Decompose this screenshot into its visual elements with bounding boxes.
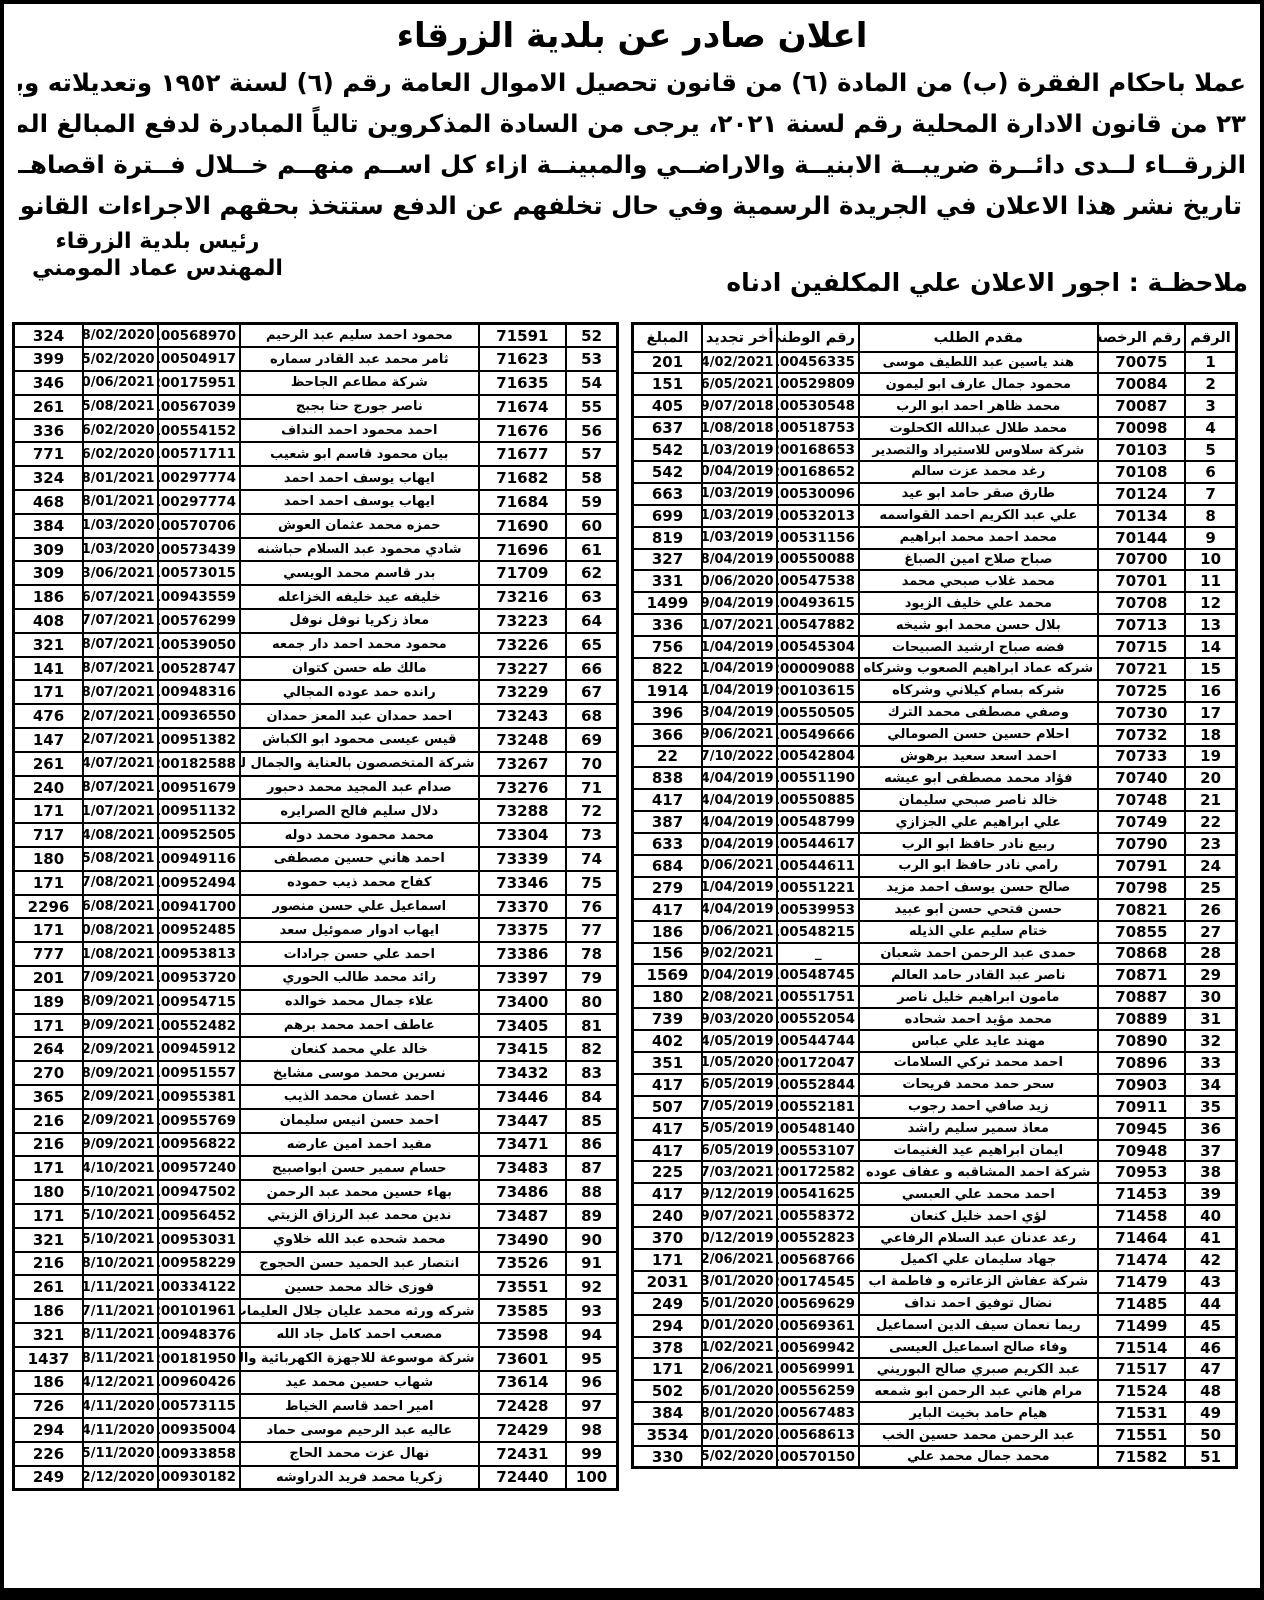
national-establishment-id: 100571711 bbox=[158, 442, 240, 466]
last-renewal-date: 12/07/2021 bbox=[83, 704, 159, 728]
license-number: 73339 bbox=[479, 847, 567, 871]
last-renewal-date: 22/09/2021 bbox=[83, 1085, 159, 1109]
applicant-name: محمد علي خليف الزيود bbox=[859, 592, 1098, 614]
last-renewal-date: 08/02/2020 bbox=[83, 324, 159, 348]
license-number: 70732 bbox=[1098, 724, 1186, 746]
amount: 309 bbox=[14, 561, 83, 585]
license-number: 72429 bbox=[479, 1418, 567, 1442]
table-row: 1770730وصفي مصطفى محمد الترك10055050513/… bbox=[633, 702, 1237, 724]
signature-title: رئيس بلدية الزرقاء bbox=[32, 228, 283, 255]
applicant-name: محمد شحده عبد الله خلاوي bbox=[240, 1228, 479, 1252]
national-establishment-id: 100573015 bbox=[158, 561, 240, 585]
row-number: 16 bbox=[1185, 680, 1236, 702]
last-renewal-date: 05/10/2021 bbox=[83, 1228, 159, 1252]
applicant-name: احمد محمد علي العبسي bbox=[859, 1183, 1098, 1205]
amount: 684 bbox=[633, 855, 702, 877]
header-applicant: مقدم الطلب bbox=[859, 324, 1098, 352]
last-renewal-date: 29/09/2021 bbox=[83, 1133, 159, 1157]
table-row: 3770948ايمان ابراهيم عيد الغنيمات1005531… bbox=[633, 1140, 1237, 1162]
license-number: 70144 bbox=[1098, 527, 1186, 549]
last-renewal-date: 08/07/2021 bbox=[83, 633, 159, 657]
national-establishment-id: 100949116 bbox=[158, 847, 240, 871]
table-row: 7873386احمد علي حسن جرادات10095381331/08… bbox=[14, 942, 618, 966]
header-license: رقم الرخصة bbox=[1098, 324, 1186, 352]
amount: 321 bbox=[14, 633, 83, 657]
amount: 637 bbox=[633, 417, 702, 439]
national-establishment-id: 100551221 bbox=[777, 877, 859, 899]
row-number: 75 bbox=[566, 871, 617, 895]
national-establishment-id: 100941700 bbox=[158, 895, 240, 919]
license-number: 71474 bbox=[1098, 1249, 1186, 1271]
row-number: 13 bbox=[1185, 614, 1236, 636]
last-renewal-date: 22/06/2021 bbox=[702, 1249, 778, 1271]
row-number: 55 bbox=[566, 395, 617, 419]
amount: 294 bbox=[14, 1418, 83, 1442]
row-number: 35 bbox=[1185, 1096, 1236, 1118]
amount: 633 bbox=[633, 833, 702, 855]
applicant-name: خالد علي محمد كنعان bbox=[240, 1037, 479, 1061]
applicant-name: ندين محمد عبد الرزاق الزيتي bbox=[240, 1204, 479, 1228]
applicant-name: خليفه عيد خليفه الخزاعله bbox=[240, 585, 479, 609]
row-number: 43 bbox=[1185, 1271, 1236, 1293]
license-number: 70715 bbox=[1098, 636, 1186, 658]
applicant-name: شهاب حسين محمد عيد bbox=[240, 1371, 479, 1395]
row-number: 2 bbox=[1185, 373, 1236, 395]
row-number: 57 bbox=[566, 442, 617, 466]
national-establishment-id: 100539050 bbox=[158, 633, 240, 657]
applicant-name: رائد محمد طالب الحوري bbox=[240, 966, 479, 990]
applicant-name: علي ابراهيم علي الجزازي bbox=[859, 811, 1098, 833]
table-row: 5571674ناصر جورج حنا بجبج10056703905/08/… bbox=[14, 395, 618, 419]
national-establishment-id: 100960426 bbox=[158, 1371, 240, 1395]
applicant-name: دلال سليم فالح الصرايره bbox=[240, 799, 479, 823]
row-number: 1 bbox=[1185, 352, 1236, 374]
last-renewal-date: 28/11/2021 bbox=[83, 1347, 159, 1371]
row-number: 100 bbox=[566, 1466, 617, 1490]
national-establishment-id: 200168652 bbox=[777, 461, 859, 483]
license-number: 73601 bbox=[479, 1347, 567, 1371]
amount: 756 bbox=[633, 636, 702, 658]
table-row: 6673227مالك طه حسن كتوان10052874708/07/2… bbox=[14, 657, 618, 681]
license-number: 73386 bbox=[479, 942, 567, 966]
table-row: 6373216خليفه عيد خليفه الخزاعله100943559… bbox=[14, 585, 618, 609]
license-number: 73471 bbox=[479, 1133, 567, 1157]
amount: 309 bbox=[14, 538, 83, 562]
table-row: 5671676احمد محمود احمد النداف10055415226… bbox=[14, 419, 618, 443]
table-row: 2270749علي ابراهيم علي الجزازي1005487991… bbox=[633, 811, 1237, 833]
row-number: 60 bbox=[566, 514, 617, 538]
applicant-name: عاليه عبد الرحيم موسى حماد bbox=[240, 1418, 479, 1442]
last-renewal-date: 09/04/2019 bbox=[702, 592, 778, 614]
row-number: 42 bbox=[1185, 1249, 1236, 1271]
amount: 216 bbox=[14, 1252, 83, 1276]
row-number: 39 bbox=[1185, 1183, 1236, 1205]
row-number: 48 bbox=[1185, 1380, 1236, 1402]
amount: 417 bbox=[633, 1118, 702, 1140]
national-establishment-id: 100569361 bbox=[777, 1315, 859, 1337]
applicant-name: احمد اسعد سعيد برهوش bbox=[859, 746, 1098, 768]
amount: 171 bbox=[14, 871, 83, 895]
last-renewal-date: 26/05/2021 bbox=[702, 373, 778, 395]
table-row: 8673471مفيد احمد امين عارضه10095682229/0… bbox=[14, 1133, 618, 1157]
amount: 186 bbox=[633, 921, 702, 943]
applicant-name: حسام سمير حسن ابواصبيح bbox=[240, 1156, 479, 1180]
amount: 264 bbox=[14, 1037, 83, 1061]
taxpayers-table-52-100: 5271591محمود احمد سليم عبد الرحيم1005689… bbox=[12, 322, 619, 1491]
table-row: 8473446احمد غسان محمد الذيب10095538122/0… bbox=[14, 1085, 618, 1109]
table-row: 5371623ثامر محمد عبد القادر سماره1005049… bbox=[14, 347, 618, 371]
applicant-name: ايهاب يوسف احمد احمد bbox=[240, 466, 479, 490]
national-establishment-id: 200174545 bbox=[777, 1271, 859, 1293]
row-number: 56 bbox=[566, 419, 617, 443]
amount: 171 bbox=[14, 1204, 83, 1228]
amount: 270 bbox=[14, 1061, 83, 1085]
license-number: 71623 bbox=[479, 347, 567, 371]
table-row: 8373432نسرين محمد موسى مشايخ10095155718/… bbox=[14, 1061, 618, 1085]
amount: 3534 bbox=[633, 1424, 702, 1446]
body-line-1: عملا باحكام الفقرة (ب) من المادة (٦) من … bbox=[18, 62, 1246, 103]
row-number: 18 bbox=[1185, 724, 1236, 746]
row-number: 89 bbox=[566, 1204, 617, 1228]
license-number: 73216 bbox=[479, 585, 567, 609]
national-establishment-id: _ bbox=[777, 943, 859, 965]
applicant-name: شركة موسوعة للاجهزة الكهربائية والم bbox=[240, 1347, 479, 1371]
table-row: 4771517عبد الكريم صبري صالح البوريني1005… bbox=[633, 1358, 1237, 1380]
amount: 717 bbox=[14, 823, 83, 847]
national-establishment-id: 100958229 bbox=[158, 1252, 240, 1276]
national-establishment-id: 100952485 bbox=[158, 918, 240, 942]
amount: 822 bbox=[633, 658, 702, 680]
table-row: 970144محمد احمد محمد ابراهيم10053115611/… bbox=[633, 527, 1237, 549]
amount: 186 bbox=[14, 1371, 83, 1395]
applicant-name: بلال حسن محمد ابو شيخه bbox=[859, 614, 1098, 636]
last-renewal-date: 26/01/2020 bbox=[702, 1380, 778, 1402]
table-row: 2670821حسن فتحي حسن ابو عبيد10053995324/… bbox=[633, 899, 1237, 921]
row-number: 73 bbox=[566, 823, 617, 847]
last-renewal-date: 22/06/2021 bbox=[702, 1358, 778, 1380]
row-number: 83 bbox=[566, 1061, 617, 1085]
national-establishment-id: 100558372 bbox=[777, 1205, 859, 1227]
amount: 819 bbox=[633, 527, 702, 549]
license-number: 73243 bbox=[479, 704, 567, 728]
applicant-name: محمد مؤيد احمد شحاده bbox=[859, 1008, 1098, 1030]
table-row: 2370790ربيع نادر حافظ ابو الرب1005446172… bbox=[633, 833, 1237, 855]
header-last-renewal: أخر تجديد bbox=[702, 324, 778, 352]
table-row: 2470791رامي نادر حافظ ابو الرب1005446113… bbox=[633, 855, 1237, 877]
table-row: 5171582محمد جمال محمد علي10057015005/02/… bbox=[633, 1446, 1237, 1468]
row-number: 17 bbox=[1185, 702, 1236, 724]
amount: 324 bbox=[14, 324, 83, 348]
taxpayers-table-1-51: الرقم رقم الرخصة مقدم الطلب رقم الوطني ل… bbox=[631, 322, 1238, 1469]
table-row: 10072440زكريا محمد فريد الدراوشه10093018… bbox=[14, 1466, 618, 1490]
last-renewal-date: 31/03/2019 bbox=[702, 505, 778, 527]
row-number: 63 bbox=[566, 585, 617, 609]
last-renewal-date: 25/11/2020 bbox=[83, 1442, 159, 1466]
amount: 402 bbox=[633, 1030, 702, 1052]
last-renewal-date: 21/03/2019 bbox=[702, 439, 778, 461]
row-number: 65 bbox=[566, 633, 617, 657]
applicant-name: شركه بسام كيلاني وشركاه bbox=[859, 680, 1098, 702]
applicant-name: نسرين محمد موسى مشايخ bbox=[240, 1061, 479, 1085]
last-renewal-date: 24/02/2021 bbox=[702, 352, 778, 374]
national-establishment-id: 100531156 bbox=[777, 527, 859, 549]
national-establishment-id: 100951557 bbox=[158, 1061, 240, 1085]
row-number: 71 bbox=[566, 776, 617, 800]
table-row: 3170889محمد مؤيد احمد شحاده10055205409/0… bbox=[633, 1008, 1237, 1030]
row-number: 90 bbox=[566, 1228, 617, 1252]
table-row: 4371479شركة عفاش الزعاتره و فاطمة اب2001… bbox=[633, 1271, 1237, 1293]
table-row: 2070740فؤاد محمد مصطفى ابو عيشه100551190… bbox=[633, 767, 1237, 789]
license-number: 70791 bbox=[1098, 855, 1186, 877]
row-number: 67 bbox=[566, 680, 617, 704]
table-row: 8573447احمد حسن انيس سليمان10095576922/0… bbox=[14, 1109, 618, 1133]
signature-name: المهندس عماد المومني bbox=[32, 255, 283, 282]
applicant-name: اسماعيل علي حسن منصور bbox=[240, 895, 479, 919]
amount: 346 bbox=[14, 371, 83, 395]
license-number: 71582 bbox=[1098, 1446, 1186, 1468]
last-renewal-date: 05/10/2021 bbox=[83, 1204, 159, 1228]
license-number: 70948 bbox=[1098, 1140, 1186, 1162]
national-establishment-id: 100530548 bbox=[777, 395, 859, 417]
table-row: 2170748خالد ناصر صبحي سليمان10055088514/… bbox=[633, 789, 1237, 811]
last-renewal-date: 30/06/2021 bbox=[83, 371, 159, 395]
national-establishment-id: 100552844 bbox=[777, 1074, 859, 1096]
license-number: 70889 bbox=[1098, 1008, 1186, 1030]
license-number: 70890 bbox=[1098, 1030, 1186, 1052]
license-number: 70134 bbox=[1098, 505, 1186, 527]
row-number: 61 bbox=[566, 538, 617, 562]
last-renewal-date: 17/11/2021 bbox=[83, 1299, 159, 1323]
license-number: 73526 bbox=[479, 1252, 567, 1276]
national-establishment-id: 100953720 bbox=[158, 966, 240, 990]
national-establishment-id: 100954715 bbox=[158, 990, 240, 1014]
last-renewal-date: 12/08/2021 bbox=[702, 986, 778, 1008]
row-number: 22 bbox=[1185, 811, 1236, 833]
applicant-name: فضه صباح ارشيد الصبيحات bbox=[859, 636, 1098, 658]
applicant-name: مرام هاني عبد الرحمن ابو شمعه bbox=[859, 1380, 1098, 1402]
amount: 171 bbox=[14, 680, 83, 704]
national-establishment-id: 100570150 bbox=[777, 1446, 859, 1468]
last-renewal-date: 28/11/2021 bbox=[83, 1323, 159, 1347]
table-row: 7573346كفاح محمد ذيب حموده10095249417/08… bbox=[14, 871, 618, 895]
amount: 365 bbox=[14, 1085, 83, 1109]
national-establishment-id: 100935004 bbox=[158, 1418, 240, 1442]
row-number: 32 bbox=[1185, 1030, 1236, 1052]
national-establishment-id: 100953813 bbox=[158, 942, 240, 966]
applicant-name: صالح حسن يوسف احمد مزيد bbox=[859, 877, 1098, 899]
amount: 261 bbox=[14, 395, 83, 419]
national-establishment-id: 100551751 bbox=[777, 986, 859, 1008]
license-number: 71517 bbox=[1098, 1358, 1186, 1380]
license-number: 73585 bbox=[479, 1299, 567, 1323]
national-establishment-id: 100504917 bbox=[158, 347, 240, 371]
license-number: 71458 bbox=[1098, 1205, 1186, 1227]
applicant-name: احمد هاني حسين مصطفى bbox=[240, 847, 479, 871]
table-row: 3470903سحر حمد محمد فريحات10055284406/05… bbox=[633, 1074, 1237, 1096]
applicant-name: صدام عبد المجيد محمد دحبور bbox=[240, 776, 479, 800]
applicant-name: رغد محمد عزت سالم bbox=[859, 461, 1098, 483]
last-renewal-date: 22/09/2021 bbox=[83, 1109, 159, 1133]
page-title: اعلان صادر عن بلدية الزرقاء bbox=[4, 16, 1260, 56]
last-renewal-date: 02/12/2020 bbox=[83, 1466, 159, 1490]
amount: 321 bbox=[14, 1228, 83, 1252]
row-number: 21 bbox=[1185, 789, 1236, 811]
applicant-name: رامي نادر حافظ ابو الرب bbox=[859, 855, 1098, 877]
table-row: 1970733احمد اسعد سعيد برهوش10054280417/1… bbox=[633, 746, 1237, 768]
applicant-name: عبد الكريم صبري صالح البوريني bbox=[859, 1358, 1098, 1380]
license-number: 70798 bbox=[1098, 877, 1186, 899]
license-number: 73267 bbox=[479, 752, 567, 776]
license-number: 73483 bbox=[479, 1156, 567, 1180]
last-renewal-date: 31/08/2021 bbox=[83, 942, 159, 966]
national-establishment-id: 200175951 bbox=[158, 371, 240, 395]
amount: 141 bbox=[14, 657, 83, 681]
last-renewal-date: 01/03/2020 bbox=[83, 538, 159, 562]
last-renewal-date: 15/05/2019 bbox=[702, 1118, 778, 1140]
applicant-name: احمد غسان محمد الذيب bbox=[240, 1085, 479, 1109]
license-number: 71690 bbox=[479, 514, 567, 538]
table-row: 9972431نهال عزت محمد الحاج10093385825/11… bbox=[14, 1442, 618, 1466]
row-number: 41 bbox=[1185, 1227, 1236, 1249]
row-number: 8 bbox=[1185, 505, 1236, 527]
applicant-name: شركة المتخصصون بالعناية والجمال لتج bbox=[240, 752, 479, 776]
license-number: 70725 bbox=[1098, 680, 1186, 702]
national-establishment-id: 100955769 bbox=[158, 1109, 240, 1133]
amount: 151 bbox=[633, 373, 702, 395]
table-row: 4571499ريما نعمان سيف الدين اسماعيل10056… bbox=[633, 1315, 1237, 1337]
national-establishment-id: 100528747 bbox=[158, 657, 240, 681]
amount: 201 bbox=[633, 352, 702, 374]
applicant-name: حمدى عبد الرحمن احمد شعبان bbox=[859, 943, 1098, 965]
amount: 417 bbox=[633, 789, 702, 811]
row-number: 36 bbox=[1185, 1118, 1236, 1140]
license-number: 71485 bbox=[1098, 1293, 1186, 1315]
applicant-name: قيس عيسى محمود ابو الكباش bbox=[240, 728, 479, 752]
last-renewal-date: 28/01/2021 bbox=[83, 466, 159, 490]
license-number: 73551 bbox=[479, 1275, 567, 1299]
applicant-name: مصعب احمد كامل جاد الله bbox=[240, 1323, 479, 1347]
amount: 225 bbox=[633, 1161, 702, 1183]
national-establishment-id: 100943559 bbox=[158, 585, 240, 609]
applicant-name: خالد ناصر صبحي سليمان bbox=[859, 789, 1098, 811]
last-renewal-date: 14/12/2021 bbox=[83, 1371, 159, 1395]
national-establishment-id: 100539953 bbox=[777, 899, 859, 921]
license-number: 73486 bbox=[479, 1180, 567, 1204]
applicant-name: سحر حمد محمد فريحات bbox=[859, 1074, 1098, 1096]
last-renewal-date: 24/11/2020 bbox=[83, 1418, 159, 1442]
table-row: 1670725شركه بسام كيلاني وشركاه2001036151… bbox=[633, 680, 1237, 702]
applicant-name: زكريا محمد فريد الدراوشه bbox=[240, 1466, 479, 1490]
row-number: 10 bbox=[1185, 549, 1236, 571]
row-number: 94 bbox=[566, 1323, 617, 1347]
amount: 1437 bbox=[14, 1347, 83, 1371]
national-establishment-id: 100955381 bbox=[158, 1085, 240, 1109]
applicant-name: حمزه محمد عثمان العوش bbox=[240, 514, 479, 538]
applicant-name: ايهاب ادوار صموئيل سعد bbox=[240, 918, 479, 942]
applicant-name: بيان محمود قاسم ابو شعيب bbox=[240, 442, 479, 466]
national-establishment-id: 100334122 bbox=[158, 1275, 240, 1299]
license-number: 73397 bbox=[479, 966, 567, 990]
table-row: 1470715فضه صباح ارشيد الصبيحات1005453041… bbox=[633, 636, 1237, 658]
last-renewal-date: 01/08/2018 bbox=[702, 417, 778, 439]
signature-note-strip: رئيس بلدية الزرقاء المهندس عماد المومني … bbox=[4, 226, 1260, 322]
license-number: 70733 bbox=[1098, 746, 1186, 768]
applicant-name: محمود جمال عارف ابو ليمون bbox=[859, 373, 1098, 395]
applicant-name: نهال عزت محمد الحاج bbox=[240, 1442, 479, 1466]
applicant-name: ثامر محمد عبد القادر سماره bbox=[240, 347, 479, 371]
amount: 699 bbox=[633, 505, 702, 527]
table-row: 2870868حمدى عبد الرحمن احمد شعبان_09/02/… bbox=[633, 943, 1237, 965]
row-number: 31 bbox=[1185, 1008, 1236, 1030]
license-number: 71453 bbox=[1098, 1183, 1186, 1205]
amount: 502 bbox=[633, 1380, 702, 1402]
national-establishment-id: 100542804 bbox=[777, 746, 859, 768]
row-number: 96 bbox=[566, 1371, 617, 1395]
national-establishment-id: 100547882 bbox=[777, 614, 859, 636]
last-renewal-date: 11/04/2019 bbox=[702, 636, 778, 658]
row-number: 15 bbox=[1185, 658, 1236, 680]
amount: 331 bbox=[633, 570, 702, 592]
applicant-name: محمود احمد سليم عبد الرحيم bbox=[240, 324, 479, 348]
row-number: 52 bbox=[566, 324, 617, 348]
last-renewal-date: 06/07/2021 bbox=[83, 585, 159, 609]
last-renewal-date: 31/03/2019 bbox=[702, 483, 778, 505]
license-number: 70896 bbox=[1098, 1052, 1186, 1074]
applicant-name: فؤاد محمد مصطفى ابو عيشه bbox=[859, 767, 1098, 789]
note-line: ملاحظـة : اجور الاعلان علي المكلفين ادنا… bbox=[726, 268, 1248, 297]
amount: 186 bbox=[14, 1299, 83, 1323]
national-establishment-id: 100930182 bbox=[158, 1466, 240, 1490]
license-number: 70708 bbox=[1098, 592, 1186, 614]
amount: 663 bbox=[633, 483, 702, 505]
last-renewal-date: 30/06/2020 bbox=[702, 570, 778, 592]
row-number: 45 bbox=[1185, 1315, 1236, 1337]
license-number: 71524 bbox=[1098, 1380, 1186, 1402]
last-renewal-date: 26/02/2020 bbox=[83, 419, 159, 443]
applicant-name: شركه ورثه محمد عليان جلال العليمات bbox=[240, 1299, 479, 1323]
row-number: 19 bbox=[1185, 746, 1236, 768]
applicant-name: محمد غلاب صبحي محمد bbox=[859, 570, 1098, 592]
row-number: 23 bbox=[1185, 833, 1236, 855]
applicant-name: بدر قاسم محمد الويسي bbox=[240, 561, 479, 585]
license-number: 73432 bbox=[479, 1061, 567, 1085]
national-establishment-id: 100550885 bbox=[777, 789, 859, 811]
national-establishment-id: 100947502 bbox=[158, 1180, 240, 1204]
applicant-name: عاطف احمد محمد برهم bbox=[240, 1014, 479, 1038]
row-number: 54 bbox=[566, 371, 617, 395]
last-renewal-date: 09/09/2021 bbox=[83, 1014, 159, 1038]
last-renewal-date: 12/07/2021 bbox=[83, 728, 159, 752]
amount: 171 bbox=[633, 1358, 702, 1380]
last-renewal-date: 07/07/2021 bbox=[83, 609, 159, 633]
row-number: 38 bbox=[1185, 1161, 1236, 1183]
license-number: 70124 bbox=[1098, 483, 1186, 505]
license-number: 73304 bbox=[479, 823, 567, 847]
header-amount: المبلغ bbox=[633, 324, 702, 352]
license-number: 73288 bbox=[479, 799, 567, 823]
amount: 171 bbox=[14, 918, 83, 942]
license-number: 73346 bbox=[479, 871, 567, 895]
last-renewal-date: 08/04/2019 bbox=[702, 549, 778, 571]
row-number: 4 bbox=[1185, 417, 1236, 439]
license-number: 70903 bbox=[1098, 1074, 1186, 1096]
amount: 180 bbox=[633, 986, 702, 1008]
row-number: 70 bbox=[566, 752, 617, 776]
last-renewal-date: 30/08/2021 bbox=[83, 918, 159, 942]
license-number: 70953 bbox=[1098, 1161, 1186, 1183]
last-renewal-date: 21/04/2019 bbox=[702, 877, 778, 899]
national-establishment-id: 100573115 bbox=[158, 1394, 240, 1418]
